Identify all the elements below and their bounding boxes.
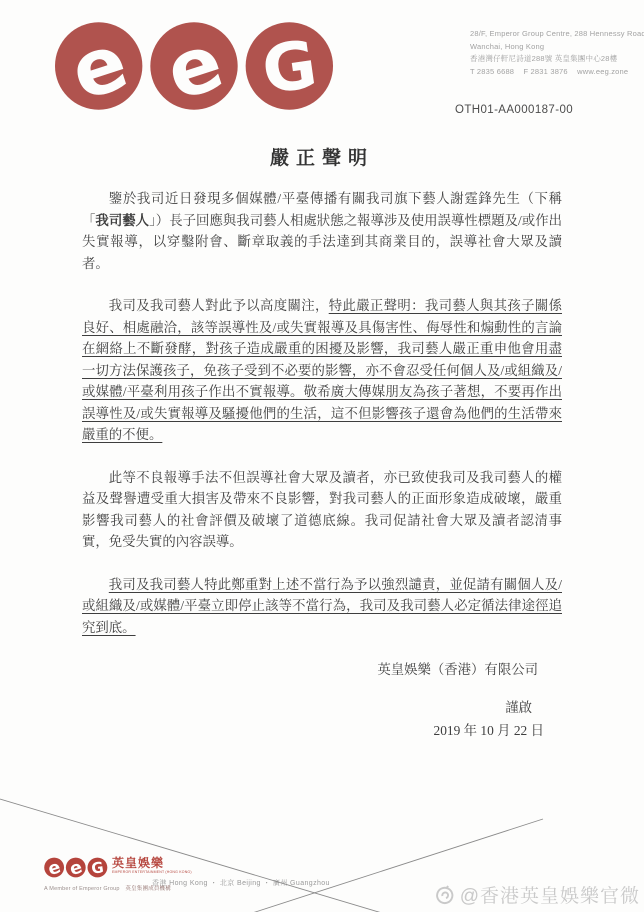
footer-company-name-sub: EMPEROR ENTERTAINMENT (HONG KONG)	[112, 871, 192, 875]
contact-line: T 2835 6688 F 2831 3876 www.eeg.zone	[470, 66, 640, 79]
watermark-handle: @香港英皇娛樂官微	[460, 881, 640, 908]
paragraph-run: 我司及我司藝人特此鄭重對上述不當行為予以強烈譴責，並促請有關個人及/或組織及/或…	[82, 577, 562, 635]
paragraph-run: 此等不良報導手法不但誤導社會大眾及讀者，亦已致使我司及我司藝人的權益及聲譽遭受重…	[82, 470, 562, 550]
reference-number: OTH01-AA000187-00	[455, 104, 573, 116]
footer-logo-name-block: 英皇娛樂 EMPEROR ENTERTAINMENT (HONG KONG)	[112, 857, 192, 874]
signature-company: 英皇娛樂（香港）有限公司	[82, 659, 562, 681]
address-en-line2: Wanchai, Hong Kong	[470, 41, 640, 54]
weibo-watermark: @香港英皇娛樂官微	[433, 881, 640, 908]
paragraph-run: 我司藝人	[95, 213, 149, 228]
footer-logo-letter-g: G	[90, 858, 105, 878]
letterhead-address: 28/F, Emperor Group Centre, 288 Hennessy…	[470, 28, 640, 78]
document-paragraphs: 鑒於我司近日發現多個媒體/平臺傳播有關我司旗下藝人謝霆鋒先生（下稱「我司藝人」）…	[82, 188, 562, 638]
paragraph: 此等不良報導手法不但誤導社會大眾及讀者，亦已致使我司及我司藝人的權益及聲譽遭受重…	[82, 467, 562, 553]
paragraph: 鑒於我司近日發現多個媒體/平臺傳播有關我司旗下藝人謝霆鋒先生（下稱「我司藝人」）…	[82, 188, 562, 274]
document-title: 嚴正聲明	[0, 143, 644, 170]
eeg-logo-small: e e G	[44, 857, 108, 878]
footer-cities: 香港 Hong Kong ・ 北京 Beijing ・ 廣州 Guangzhou	[152, 878, 330, 888]
eeg-logo: e e G	[54, 20, 336, 112]
address-en-line1: 28/F, Emperor Group Centre, 288 Hennessy…	[470, 28, 640, 41]
tel: T 2835 6688	[470, 67, 514, 76]
weibo-camera-icon	[433, 883, 456, 906]
address-zh: 香港灣仔軒尼詩道288號 英皇集團中心28樓	[470, 53, 640, 66]
logo-letter-g: G	[258, 26, 322, 109]
signature-closing: 謹啟	[82, 697, 562, 719]
website: www.eeg.zone	[577, 67, 628, 76]
paragraph: 我司及我司藝人對此予以高度關注，特此嚴正聲明：我司藝人與其孩子關係良好、相處融洽…	[82, 295, 562, 446]
footer-logo: e e G 英皇娛樂 EMPEROR ENTERTAINMENT (HONG K…	[44, 857, 192, 878]
fax: F 2831 3876	[523, 67, 567, 76]
document-body: 鑒於我司近日發現多個媒體/平臺傳播有關我司旗下藝人謝霆鋒先生（下稱「我司藝人」）…	[82, 188, 562, 742]
footer-company-name: 英皇娛樂	[112, 857, 192, 869]
statement-document-page: e e G 28/F, Emperor Group Centre, 288 He…	[0, 0, 644, 912]
paragraph-run: 」）長子回應與我司藝人相處狀態之報導涉及使用誤導性標題及/或作出失實報導，以穿鑿…	[82, 213, 562, 271]
member-en: A Member of Emperor Group	[44, 886, 120, 892]
signature-date: 2019 年 10 月 22 日	[82, 720, 562, 742]
paragraph-run: 特此嚴正聲明：我司藝人與其孩子關係良好、相處融洽，該等誤導性及/或失實報導及具傷…	[82, 298, 562, 442]
paragraph: 我司及我司藝人特此鄭重對上述不當行為予以強烈譴責，並促請有關個人及/或組織及/或…	[82, 574, 562, 639]
paragraph-run: 我司及我司藝人對此予以高度關注，	[109, 298, 329, 313]
